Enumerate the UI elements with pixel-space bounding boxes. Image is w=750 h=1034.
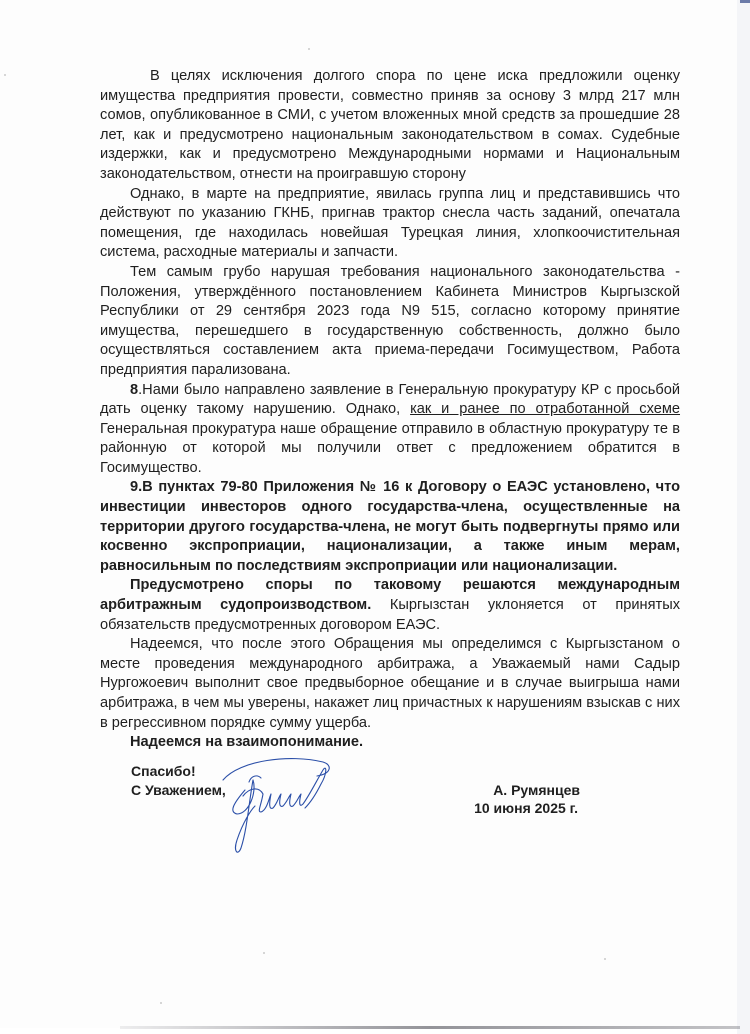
paragraph-text: Однако, в марте на предприятие, явилась … [100, 186, 680, 261]
scan-speck [308, 48, 310, 50]
paragraph-8-prosecutor-appeal: 8.Нами было направлено заявление в Генер… [100, 381, 680, 479]
scan-speck [604, 958, 606, 960]
paragraph-march-seizure: Однако, в марте на предприятие, явилась … [100, 185, 680, 263]
paragraph-mutual-understanding: Надеемся на взаимопонимание. [100, 733, 680, 753]
paragraph-text: В целях исключения долгого спора по цене… [100, 68, 680, 182]
scan-edge-top [740, 0, 750, 3]
paragraph-arbitration: Предусмотрено споры по таковому решаются… [100, 576, 680, 635]
signer-block: А. Румянцев 10 июня 2025 г. [465, 781, 580, 817]
paragraph-price-assessment: В целях исключения долгого спора по цене… [100, 67, 680, 185]
paragraph-text: Надеемся, что после этого Обращения мы о… [100, 636, 680, 730]
paragraph-text: Тем самым грубо нарушая требования нацио… [100, 264, 680, 378]
scan-speck [263, 952, 265, 954]
paragraph-text: 9.В пунктах 79-80 Приложения № 16 к Дого… [100, 479, 680, 573]
paragraph-text: Генеральная прокуратура наше обращение о… [100, 421, 680, 476]
scan-edge-bottom [120, 1026, 740, 1029]
underlined-phrase: как и ранее по отработанной схеме [410, 401, 680, 417]
item-number: 8 [130, 382, 138, 398]
letter-date: 10 июня 2025 г. [465, 799, 578, 817]
scan-speck [160, 1002, 162, 1004]
letter-body: В целях исключения долгого спора по цене… [100, 67, 680, 753]
scan-speck [4, 74, 6, 76]
handwritten-signature-icon [205, 752, 355, 857]
paragraph-legal-violation: Тем самым грубо нарушая требования нацио… [100, 263, 680, 381]
scan-edge-right [737, 0, 750, 1034]
paragraph-text: Надеемся на взаимопонимание. [130, 734, 363, 750]
paragraph-hope-arbitration: Надеемся, что после этого Обращения мы о… [100, 635, 680, 733]
signer-name: А. Румянцев [465, 781, 580, 799]
paragraph-9-eaeu-treaty: 9.В пунктах 79-80 Приложения № 16 к Дого… [100, 478, 680, 576]
